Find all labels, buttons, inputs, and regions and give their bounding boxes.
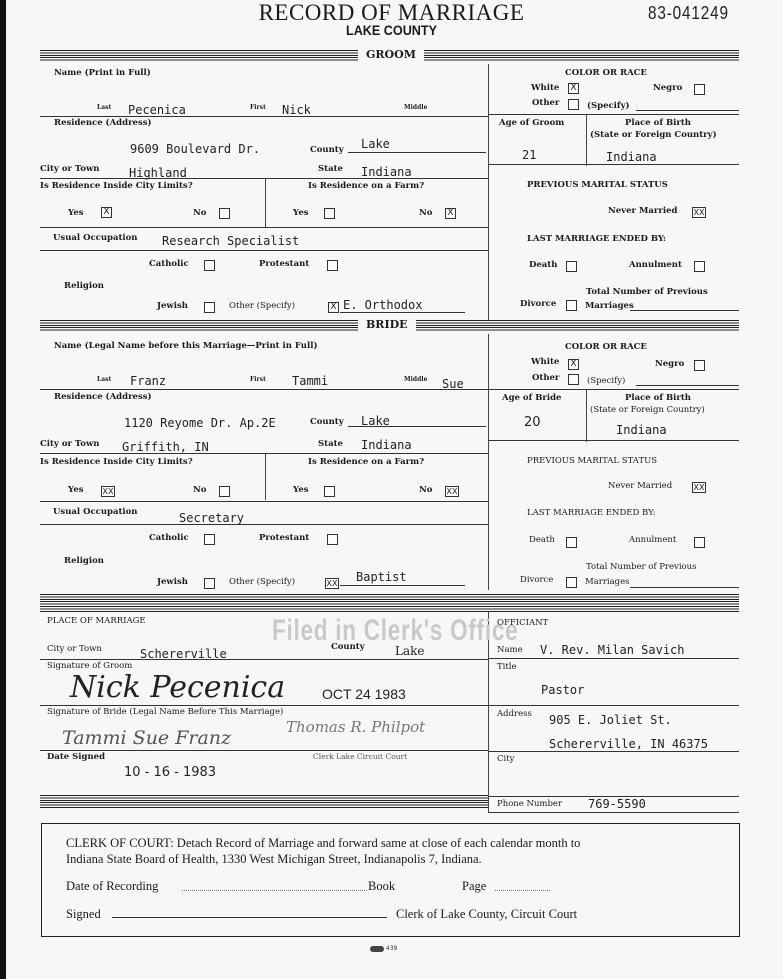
officiant-phone: 769-5590 — [588, 797, 646, 811]
date-signed: 10 - 16 - 1983 — [124, 765, 216, 780]
groom-section-label: GROOM — [358, 48, 424, 61]
bride-marriages-label: Marriages — [585, 577, 630, 587]
groom-jewish-label: Jewish — [157, 301, 188, 311]
divider — [348, 152, 486, 153]
bride-negro-label: Negro — [655, 359, 684, 369]
bride-total-prev-label: Total Number of Previous — [586, 562, 697, 572]
bride-never-married-label: Never Married — [608, 481, 672, 491]
bride-negro-checkbox[interactable] — [694, 360, 705, 371]
clerk-caption: Clerk Lake Circuit Court — [313, 752, 407, 761]
groom-farm-no-checkbox[interactable]: X — [445, 208, 456, 219]
groom-catholic-checkbox[interactable] — [204, 260, 215, 271]
divider — [488, 705, 739, 706]
groom-name-label: Name (Print in Full) — [54, 68, 151, 78]
bride-birthplace: Indiana — [616, 423, 667, 437]
previous-marriages-field[interactable] — [630, 310, 739, 311]
divider — [40, 250, 488, 251]
bride-first-name: Tammi — [292, 374, 328, 388]
clerk-signature: Thomas R. Philpot — [286, 718, 425, 736]
bride-name-label: Name (Legal Name before this Marriage—Pr… — [54, 341, 317, 351]
groom-farm-no-label: No — [419, 208, 432, 218]
divider — [488, 164, 739, 165]
groom-annulment-label: Annulment — [629, 260, 682, 270]
book-label: Book — [368, 879, 395, 894]
groom-first-name: Nick — [282, 103, 311, 117]
bride-column-divider — [488, 334, 489, 590]
groom-farm-label: Is Residence on a Farm? — [308, 181, 424, 191]
groom-never-married-checkbox[interactable]: XX — [692, 207, 706, 218]
officiant-address-line1: 905 E. Joliet St. — [549, 713, 672, 727]
groom-other-race-label: Other — [532, 98, 559, 108]
bride-occupation: Secretary — [179, 511, 244, 525]
bride-residence-label: Residence (Address) — [54, 392, 152, 402]
bride-other-race-checkbox[interactable] — [568, 374, 579, 385]
place-city-label: City or Town — [47, 644, 102, 654]
groom-death-checkbox[interactable] — [566, 261, 577, 272]
clerk-signature-field[interactable] — [112, 917, 387, 918]
groom-occupation-label: Usual Occupation — [53, 233, 137, 243]
groom-city-yes-checkbox[interactable]: X — [101, 207, 112, 218]
divider — [488, 751, 739, 752]
divider — [488, 389, 739, 390]
bride-other-religion: Baptist — [356, 570, 407, 584]
groom-city-no-label: No — [193, 208, 206, 218]
bride-white-label: White — [531, 357, 559, 367]
groom-signature: Nick Pecenica — [70, 670, 285, 705]
date-recording-label: Date of Recording — [66, 879, 158, 894]
groom-annulment-checkbox[interactable] — [694, 261, 705, 272]
bride-age-label: Age of Bride — [502, 393, 561, 403]
bride-city-yes-label: Yes — [68, 485, 84, 495]
divider — [586, 390, 587, 442]
groom-farm-yes-checkbox[interactable] — [324, 208, 335, 219]
filed-stamp: Filed in Clerk's Office — [272, 614, 518, 648]
groom-county-label: County — [310, 145, 344, 155]
divider — [40, 178, 488, 179]
divider — [488, 812, 739, 813]
groom-protestant-label: Protestant — [259, 259, 309, 269]
divider — [40, 501, 488, 502]
place-section-band — [40, 594, 739, 612]
divider — [40, 524, 488, 525]
date-signed-label: Date Signed — [47, 752, 105, 762]
divider — [636, 385, 739, 386]
groom-white-label: White — [531, 83, 559, 93]
officiant-name-label: Name — [497, 645, 523, 655]
divider — [488, 114, 739, 115]
bride-signature: Tammi Sue Franz — [62, 727, 231, 749]
divider — [40, 116, 488, 117]
officiant-title-label: Title — [497, 662, 517, 672]
groom-white-checkbox[interactable]: X — [568, 83, 579, 94]
bride-address: 1120 Reyome Dr. Ap.2E — [124, 416, 276, 430]
groom-color-race-label: COLOR OR RACE — [565, 68, 647, 78]
bride-other-religion-label: Other (Specify) — [229, 577, 295, 587]
bride-farm-yes-checkbox[interactable] — [324, 486, 335, 497]
divider — [488, 658, 739, 659]
groom-protestant-checkbox[interactable] — [327, 260, 338, 271]
groom-city-no-checkbox[interactable] — [219, 208, 230, 219]
groom-state-label: State — [318, 164, 343, 174]
groom-middle-label: Middle — [404, 104, 427, 111]
divider — [340, 585, 465, 586]
groom-jewish-checkbox[interactable] — [204, 302, 215, 313]
divider — [488, 440, 739, 441]
groom-death-label: Death — [529, 260, 557, 270]
clerk-instructions-line2: Indiana State Board of Health, 1330 West… — [66, 852, 482, 867]
place-county-label: County — [331, 642, 365, 652]
bride-religion-label: Religion — [64, 556, 104, 566]
bride-last-ended-label: LAST MARRIAGE ENDED BY: — [527, 508, 656, 518]
bride-section-band: BRIDE — [40, 320, 739, 332]
groom-county: Lake — [361, 137, 390, 151]
divider — [40, 227, 488, 228]
groom-section-band: GROOM — [40, 50, 739, 62]
bride-other-race-label: Other — [532, 373, 559, 383]
divider — [40, 705, 488, 706]
bride-annulment-label: Annulment — [629, 535, 676, 545]
bride-section-label: BRIDE — [358, 318, 416, 331]
bride-last-label: Last — [97, 376, 111, 383]
divider — [348, 426, 486, 427]
bride-inside-city-label: Is Residence Inside City Limits? — [40, 457, 193, 467]
place-section-label: PLACE OF MARRIAGE — [47, 616, 146, 626]
bride-protestant-label: Protestant — [259, 533, 309, 543]
divider — [636, 110, 739, 111]
groom-address: 9609 Boulevard Dr. — [130, 142, 260, 156]
groom-farm-yes-label: Yes — [293, 208, 309, 218]
groom-other-religion-label: Other (Specify) — [229, 301, 295, 311]
groom-last-name: Pecenica — [128, 103, 186, 117]
union-label-mark: 439 — [370, 945, 397, 952]
bride-prev-status-label: PREVIOUS MARITAL STATUS — [527, 456, 657, 466]
groom-negro-label: Negro — [653, 83, 682, 93]
groom-divorce-checkbox[interactable] — [566, 300, 577, 311]
bride-farm-yes-label: Yes — [293, 485, 309, 495]
serial-number: 83-041249 — [648, 3, 729, 24]
bride-specify-label: (Specify) — [587, 376, 625, 386]
bride-state: Indiana — [361, 438, 412, 452]
divider — [340, 312, 465, 313]
officiant-address-label: Address — [497, 709, 532, 719]
bride-occupation-label: Usual Occupation — [53, 507, 137, 517]
officiant-title: Pastor — [541, 683, 584, 697]
signed-label: Signed — [66, 907, 101, 922]
bride-jewish-checkbox[interactable] — [204, 578, 215, 589]
groom-age: 21 — [522, 148, 536, 162]
bride-death-label: Death — [529, 535, 555, 545]
filed-date-stamp: OCT 24 1983 — [322, 686, 406, 702]
officiant-phone-label: Phone Number — [497, 799, 562, 809]
bride-county-label: County — [310, 417, 344, 427]
clerk-instructions-line1: CLERK OF COURT: Detach Record of Marriag… — [66, 836, 580, 851]
page-field[interactable] — [495, 890, 550, 891]
divider — [40, 750, 488, 751]
bride-white-checkbox[interactable]: X — [568, 359, 579, 370]
bride-death-checkbox[interactable] — [566, 537, 577, 548]
bride-annulment-checkbox[interactable] — [694, 537, 705, 548]
groom-occupation: Research Specialist — [162, 234, 299, 248]
groom-city-yes-label: Yes — [68, 208, 84, 218]
bride-city: Griffith, IN — [122, 440, 209, 454]
date-recording-field[interactable] — [182, 890, 367, 891]
groom-religion-label: Religion — [64, 281, 104, 291]
place-bottom-band — [40, 795, 488, 809]
officiant-section-label: OFFICIANT — [497, 618, 548, 628]
bride-birth-label: Place of Birth — [625, 393, 691, 403]
bride-farm-no-checkbox[interactable]: XX — [445, 486, 459, 497]
groom-birth-label: Place of Birth — [625, 118, 691, 128]
bride-color-race-label: COLOR OR RACE — [565, 342, 647, 352]
groom-catholic-label: Catholic — [149, 259, 189, 269]
previous-marriages-field[interactable] — [630, 587, 739, 588]
bride-city-no-checkbox[interactable] — [219, 486, 230, 497]
groom-last-label: Last — [97, 104, 111, 111]
document-subtitle: LAKE COUNTY — [39, 22, 744, 38]
bride-never-married-checkbox[interactable]: XX — [692, 482, 706, 493]
groom-total-prev-label: Total Number of Previous — [586, 287, 708, 297]
officiant-city-label: City — [497, 754, 514, 764]
bride-city-label: City or Town — [40, 439, 99, 449]
groom-negro-checkbox[interactable] — [694, 84, 705, 95]
groom-inside-city-label: Is Residence Inside City Limits? — [40, 181, 193, 191]
groom-residence-label: Residence (Address) — [54, 118, 152, 128]
groom-column-divider — [488, 64, 489, 320]
groom-other-religion-checkbox[interactable]: X — [328, 302, 339, 313]
groom-first-label: First — [250, 104, 266, 111]
scan-edge — [0, 0, 6, 979]
officiant-name: V. Rev. Milan Savich — [540, 643, 685, 657]
bride-jewish-label: Jewish — [157, 577, 188, 587]
bride-other-religion-checkbox[interactable]: XX — [325, 578, 339, 589]
groom-birthplace: Indiana — [606, 150, 657, 164]
bride-middle-label: Middle — [404, 376, 427, 383]
bride-divorce-label: Divorce — [520, 575, 553, 585]
bride-protestant-checkbox[interactable] — [327, 534, 338, 545]
groom-age-label: Age of Groom — [499, 118, 564, 128]
bride-divorce-checkbox[interactable] — [566, 577, 577, 588]
bride-farm-no-label: No — [419, 485, 432, 495]
bride-last-name: Franz — [130, 374, 166, 388]
divider — [40, 659, 488, 660]
groom-state: Indiana — [361, 165, 412, 179]
groom-other-race-checkbox[interactable] — [568, 99, 579, 110]
bride-city-yes-checkbox[interactable]: XX — [101, 486, 115, 497]
page-label: Page — [462, 879, 486, 894]
place-county: Lake — [395, 644, 425, 658]
divider — [586, 114, 587, 166]
groom-other-religion: E. Orthodox — [343, 298, 422, 312]
officiant-address-line2: Schererville, IN 46375 — [549, 737, 708, 751]
bride-age: 20 — [524, 415, 541, 430]
union-mark-number: 439 — [386, 945, 397, 952]
bride-city-no-label: No — [193, 485, 206, 495]
union-bug-icon — [370, 946, 384, 952]
groom-divorce-label: Divorce — [520, 299, 556, 309]
clerk-title: Clerk of Lake County, Circuit Court — [396, 907, 577, 922]
bride-catholic-label: Catholic — [149, 533, 189, 543]
bride-catholic-checkbox[interactable] — [204, 534, 215, 545]
groom-city-label: City or Town — [40, 164, 99, 174]
groom-last-ended-label: LAST MARRIAGE ENDED BY: — [527, 234, 666, 244]
groom-never-married-label: Never Married — [608, 206, 677, 216]
divider — [265, 454, 266, 500]
bride-first-label: First — [250, 376, 266, 383]
groom-specify-label: (Specify) — [587, 101, 630, 111]
groom-prev-status-label: PREVIOUS MARITAL STATUS — [527, 180, 668, 190]
divider — [40, 453, 488, 454]
groom-marriages-label: Marriages — [585, 301, 634, 311]
bride-birth-sublabel: (State or Foreign Country) — [590, 405, 705, 415]
groom-birth-sublabel: (State or Foreign Country) — [590, 130, 717, 140]
bride-farm-label: Is Residence on a Farm? — [308, 457, 424, 467]
divider — [40, 389, 488, 390]
divider — [265, 179, 266, 227]
bride-signature-label: Signature of Bride (Legal Name Before Th… — [47, 707, 283, 717]
bride-state-label: State — [318, 439, 343, 449]
